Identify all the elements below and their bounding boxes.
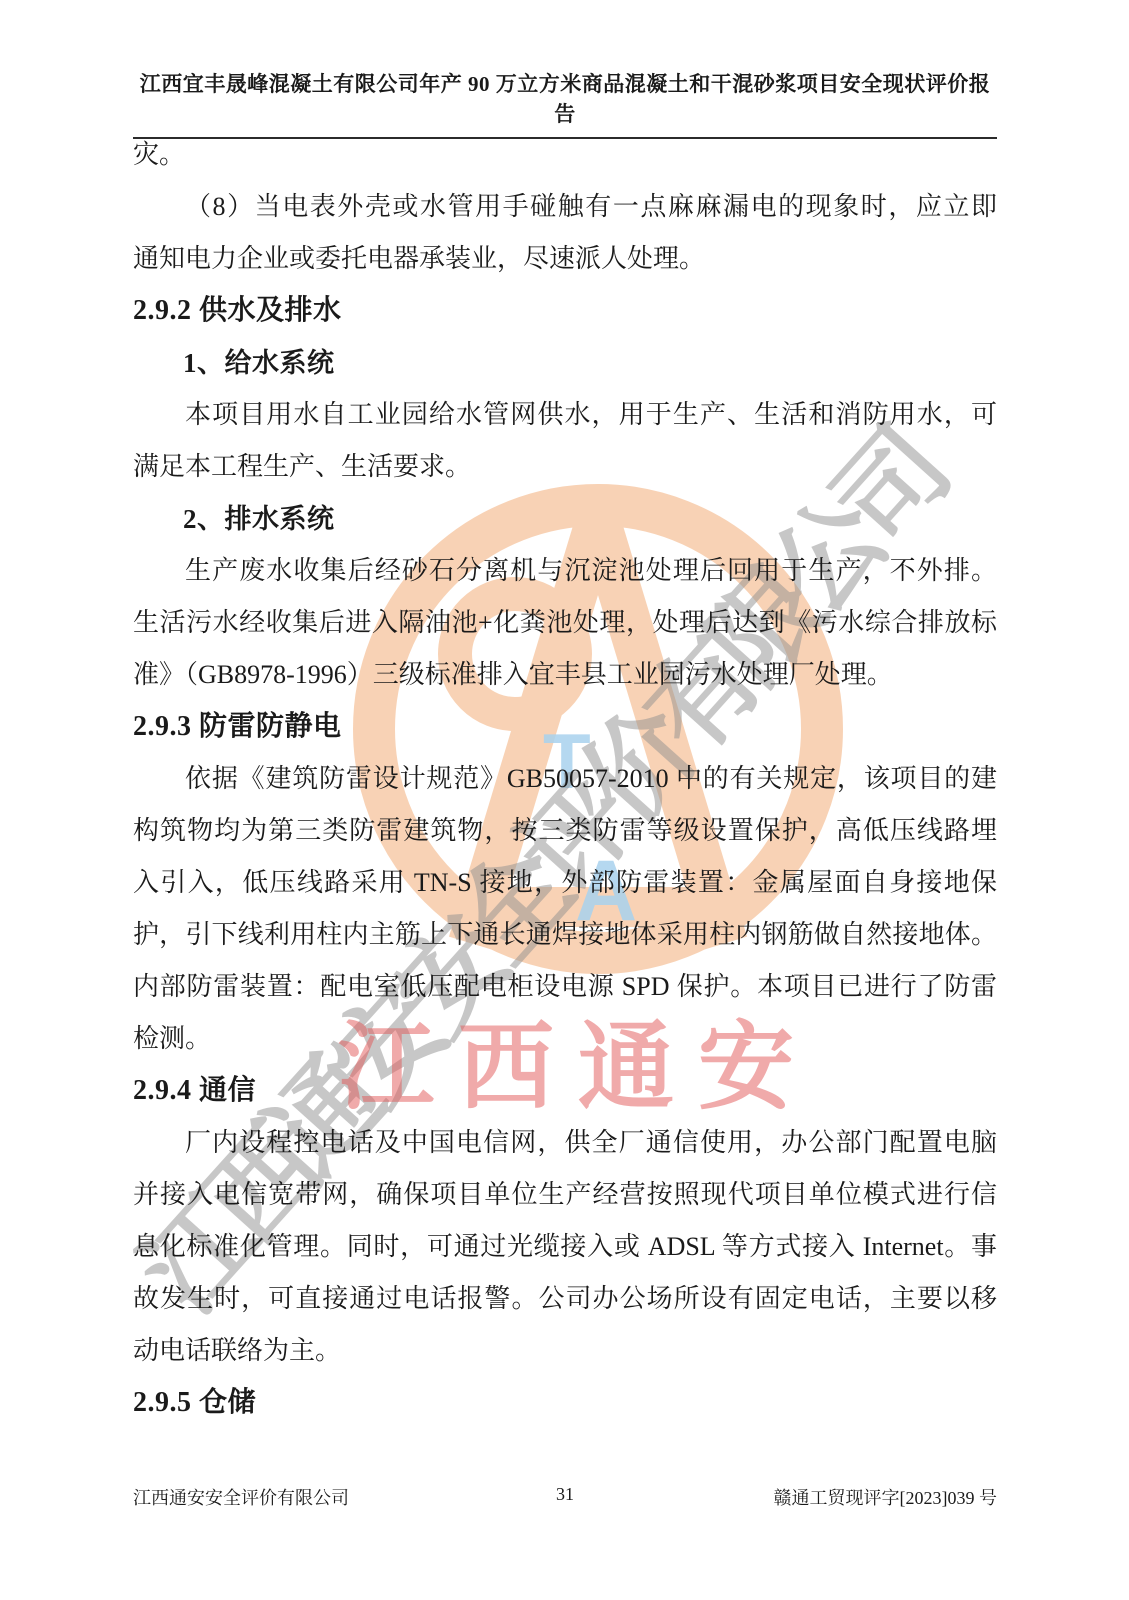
body-line: 内部防雷装置：配电室低压配电柜设电源 SPD 保护。本项目已进行了防雷 [133, 961, 997, 1013]
body-line: 检测。 [133, 1013, 997, 1065]
body-line: 生产废水收集后经砂石分离机与沉淀池处理后回用于生产，不外排。 [133, 545, 997, 597]
section-heading: 2.9.4 通信 [133, 1065, 997, 1117]
body-line: 通知电力企业或委托电器承装业，尽速派人处理。 [133, 233, 997, 285]
body-line: 护，引下线利用柱内主筋上下通长通焊接地体采用柱内钢筋做自然接地体。 [133, 909, 997, 961]
body-line: 准》（GB8978-1996）三级标准排入宜丰县工业园污水处理厂处理。 [133, 649, 997, 701]
footer-doc-number: 赣通工贸现评字[2023]039 号 [774, 1484, 998, 1510]
body-line: 动电话联络为主。 [133, 1325, 997, 1377]
section-heading: 2.9.5 仓储 [133, 1377, 997, 1429]
sub-heading: 1、给水系统 [133, 337, 997, 389]
section-heading: 2.9.3 防雷防静电 [133, 701, 997, 753]
body-line: 并接入电信宽带网，确保项目单位生产经营按照现代项目单位模式进行信 [133, 1169, 997, 1221]
body-line: （8）当电表外壳或水管用手碰触有一点麻麻漏电的现象时，应立即 [133, 181, 997, 233]
document-body: 灾。 （8）当电表外壳或水管用手碰触有一点麻麻漏电的现象时，应立即 通知电力企业… [133, 129, 997, 1429]
body-line: 满足本工程生产、生活要求。 [133, 441, 997, 493]
body-line: 本项目用水自工业园给水管网供水，用于生产、生活和消防用水，可 [133, 389, 997, 441]
sub-heading: 2、排水系统 [133, 493, 997, 545]
body-line: 厂内设程控电话及中国电信网，供全厂通信使用，办公部门配置电脑 [133, 1117, 997, 1169]
body-line: 故发生时，可直接通过电话报警。公司办公场所设有固定电话，主要以移 [133, 1273, 997, 1325]
report-page: T A 江西通安安全评价有限公司 江西通安 江西宜丰晟峰混凝土有限公司年产 90… [0, 0, 1129, 1600]
body-line: 构筑物均为第三类防雷建筑物，按三类防雷等级设置保护，高低压线路埋 [133, 805, 997, 857]
body-line: 生活污水经收集后进入隔油池+化粪池处理，处理后达到《污水综合排放标 [133, 597, 997, 649]
section-heading: 2.9.2 供水及排水 [133, 285, 997, 337]
body-line: 灾。 [133, 129, 997, 181]
body-line: 息化标准化管理。同时，可通过光缆接入或 ADSL 等方式接入 Internet。… [133, 1221, 997, 1273]
body-line: 依据《建筑防雷设计规范》GB50057-2010 中的有关规定，该项目的建 [133, 753, 997, 805]
body-line: 入引入，低压线路采用 TN-S 接地，外部防雷装置：金属屋面自身接地保 [133, 857, 997, 909]
